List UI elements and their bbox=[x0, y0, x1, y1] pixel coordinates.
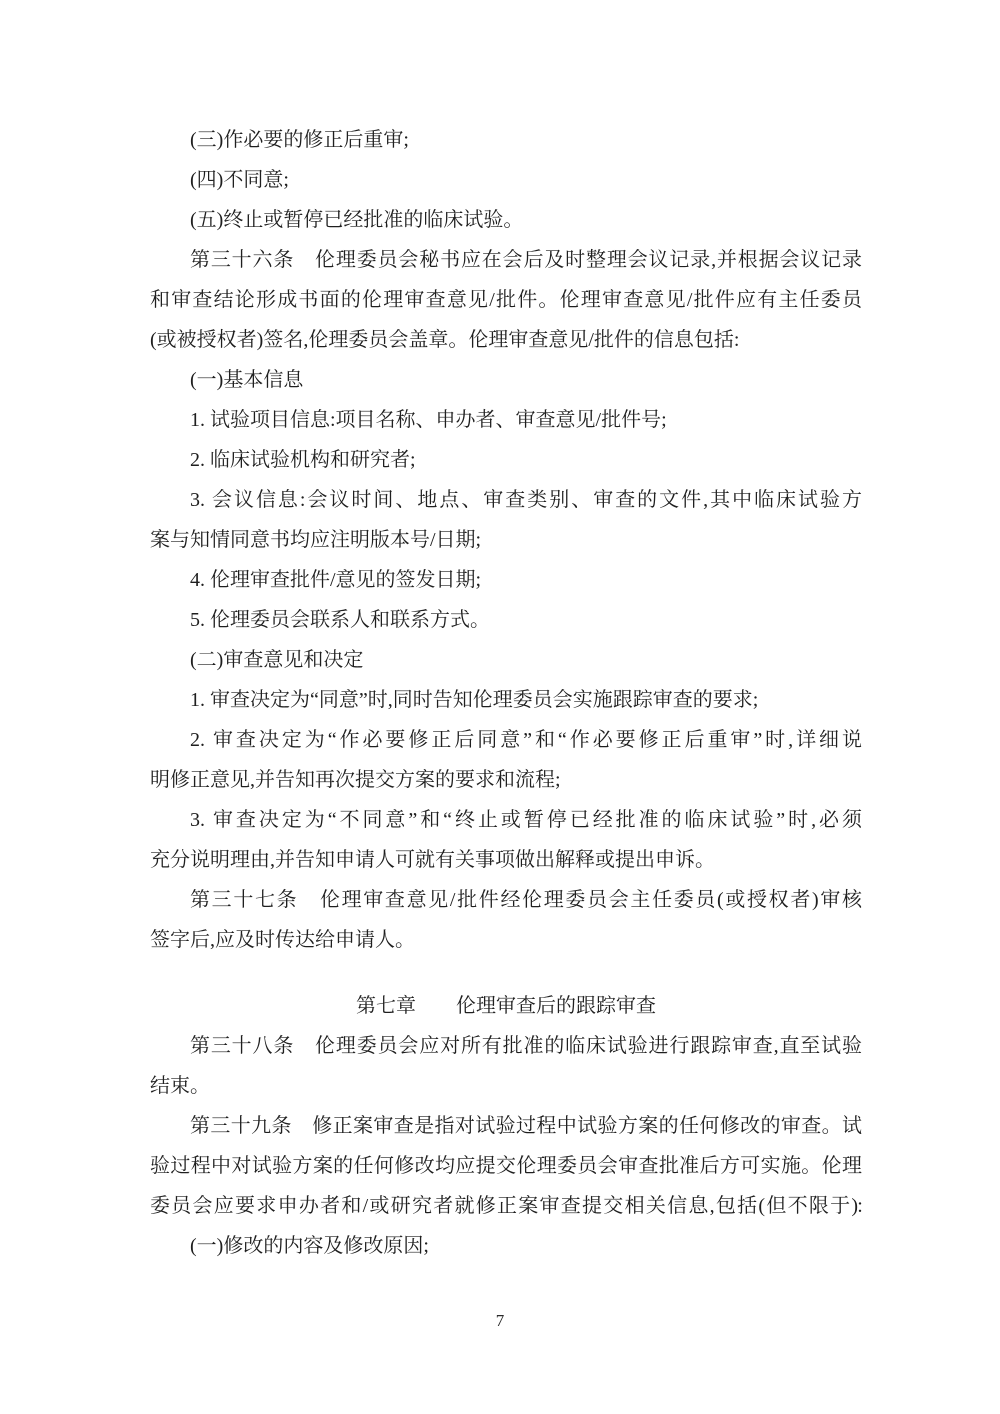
text-line: (四)不同意; bbox=[150, 160, 862, 200]
text-line: 5. 伦理委员会联系人和联系方式。 bbox=[150, 600, 862, 640]
page-number: 7 bbox=[0, 1310, 1000, 1332]
text-line: 结束。 bbox=[150, 1066, 862, 1106]
text-line: 3. 会议信息:会议时间、地点、审查类别、审查的文件,其中临床试验方 bbox=[150, 480, 862, 520]
text-line: 第三十六条 伦理委员会秘书应在会后及时整理会议记录,并根据会议记录 bbox=[150, 240, 862, 280]
text-line: 第三十八条 伦理委员会应对所有批准的临床试验进行跟踪审查,直至试验 bbox=[150, 1026, 862, 1066]
text-line: 委员会应要求申办者和/或研究者就修正案审查提交相关信息,包括(但不限于): bbox=[150, 1186, 862, 1226]
text-line: 2. 临床试验机构和研究者; bbox=[150, 440, 862, 480]
document-page: (三)作必要的修正后重审;(四)不同意;(五)终止或暂停已经批准的临床试验。第三… bbox=[0, 0, 1000, 1414]
text-line: 4. 伦理审查批件/意见的签发日期; bbox=[150, 560, 862, 600]
text-line: 第三十七条 伦理审查意见/批件经伦理委员会主任委员(或授权者)审核 bbox=[150, 880, 862, 920]
text-line: 和审查结论形成书面的伦理审查意见/批件。伦理审查意见/批件应有主任委员 bbox=[150, 280, 862, 320]
text-line: 明修正意见,并告知再次提交方案的要求和流程; bbox=[150, 760, 862, 800]
document-body: (三)作必要的修正后重审;(四)不同意;(五)终止或暂停已经批准的临床试验。第三… bbox=[150, 120, 862, 1266]
text-line: 签字后,应及时传达给申请人。 bbox=[150, 920, 862, 960]
chapter-heading: 第七章 伦理审查后的跟踪审查 bbox=[150, 986, 862, 1026]
text-line: (五)终止或暂停已经批准的临床试验。 bbox=[150, 200, 862, 240]
text-line: 1. 审查决定为“同意”时,同时告知伦理委员会实施跟踪审查的要求; bbox=[150, 680, 862, 720]
text-line: (或被授权者)签名,伦理委员会盖章。伦理审查意见/批件的信息包括: bbox=[150, 320, 862, 360]
text-line: 验过程中对试验方案的任何修改均应提交伦理委员会审查批准后方可实施。伦理 bbox=[150, 1146, 862, 1186]
section-gap bbox=[150, 960, 862, 986]
text-line: 2. 审查决定为“作必要修正后同意”和“作必要修正后重审”时,详细说 bbox=[150, 720, 862, 760]
text-line: 充分说明理由,并告知申请人可就有关事项做出解释或提出申诉。 bbox=[150, 840, 862, 880]
text-line: (一)基本信息 bbox=[150, 360, 862, 400]
text-line: 3. 审查决定为“不同意”和“终止或暂停已经批准的临床试验”时,必须 bbox=[150, 800, 862, 840]
text-line: (二)审查意见和决定 bbox=[150, 640, 862, 680]
text-line: 第三十九条 修正案审查是指对试验过程中试验方案的任何修改的审查。试 bbox=[150, 1106, 862, 1146]
text-line: (三)作必要的修正后重审; bbox=[150, 120, 862, 160]
text-line: 1. 试验项目信息:项目名称、申办者、审查意见/批件号; bbox=[150, 400, 862, 440]
text-line: 案与知情同意书均应注明版本号/日期; bbox=[150, 520, 862, 560]
text-line: (一)修改的内容及修改原因; bbox=[150, 1226, 862, 1266]
